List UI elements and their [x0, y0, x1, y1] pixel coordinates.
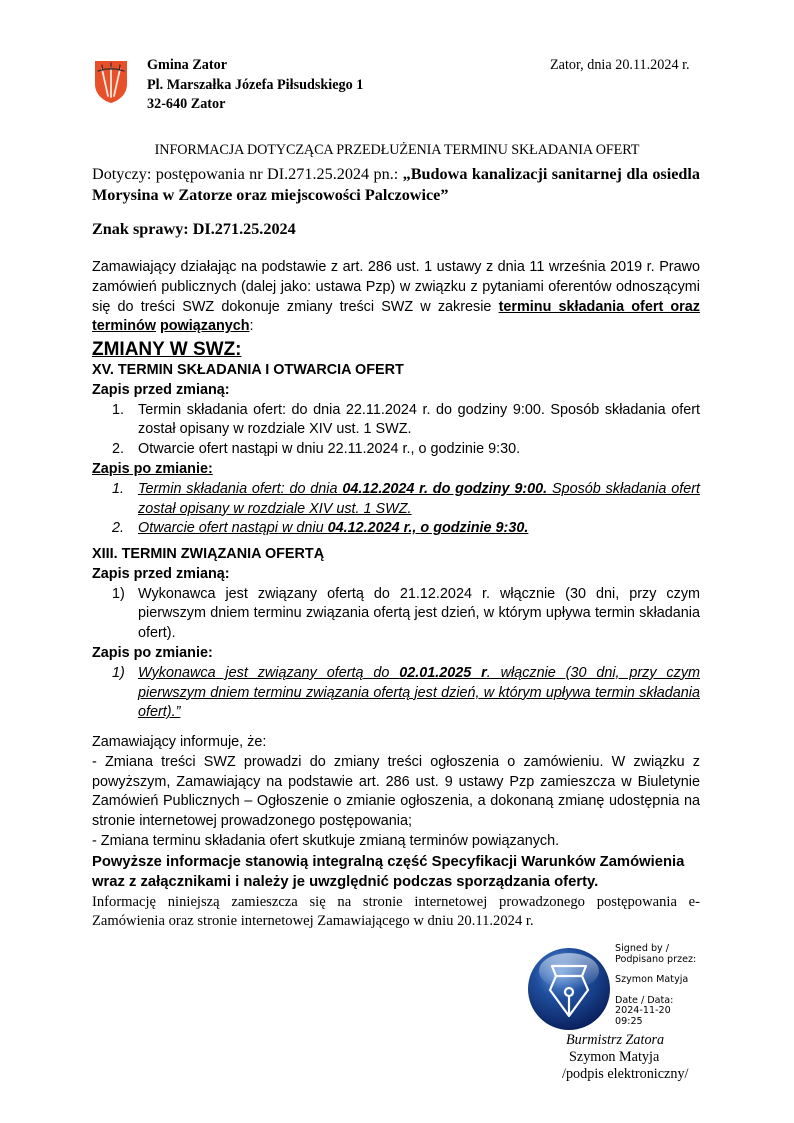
item-text: Otwarcie ofert nastąpi w dniu 22.11.2024…: [138, 441, 520, 457]
org-city: 32-640 Zator: [147, 95, 363, 115]
after-label: Zapis po zmianie:: [92, 644, 700, 664]
item-text: Wykonawca jest związany ofertą do 21.12.…: [138, 586, 700, 642]
org-name: Gmina Zator: [147, 56, 363, 76]
fountain-pen-nib-icon: [526, 946, 612, 1032]
list-item: 1)Wykonawca jest związany ofertą do 02.0…: [92, 664, 700, 723]
subject-prefix: Dotyczy: postępowania nr DI.271.25.2024 …: [92, 165, 403, 183]
after-list: 1)Wykonawca jest związany ofertą do 02.0…: [92, 664, 700, 723]
coat-of-arms-icon: [94, 60, 128, 104]
list-item: 1)Wykonawca jest związany ofertą do 21.1…: [92, 585, 700, 644]
item-new-date: 02.01.2025 r: [399, 665, 486, 681]
signed-by-label-pl: Podpisano przez:: [615, 955, 696, 966]
signer-name: Szymon Matyja: [615, 975, 696, 986]
org-street: Pl. Marszałka Józefa Piłsudskiego 1: [147, 76, 363, 96]
section-xv-heading: XV. TERMIN SKŁADANIA I OTWARCIA OFERT: [92, 361, 700, 381]
item-number: 1): [112, 664, 125, 684]
intro-emphasis-2: powiązanych: [160, 318, 250, 334]
item-number: 2.: [112, 440, 124, 460]
item-text: Termin składania ofert: do dnia 22.11.20…: [138, 402, 700, 438]
item-number: 1.: [112, 401, 124, 421]
item-text: Otwarcie ofert nastąpi w dniu: [138, 520, 328, 536]
informs-block: Zamawiający informuje, że: - Zmiana treś…: [92, 733, 700, 893]
item-number: 1): [112, 585, 125, 605]
sender-address: Gmina Zator Pl. Marszałka Józefa Piłsuds…: [147, 56, 363, 115]
intro-paragraph: Zamawiający działając na podstawie z art…: [92, 258, 700, 337]
informs-bold-note: Powyższe informacje stanowią integralną …: [92, 852, 700, 893]
signature-info: Signed by / Podpisano przez: Szymon Maty…: [615, 944, 696, 1028]
list-item: 1.Termin składania ofert: do dnia 22.11.…: [92, 401, 700, 441]
after-list: 1.Termin składania ofert: do dnia 04.12.…: [92, 480, 700, 539]
intro-end: :: [250, 318, 254, 334]
item-text: Termin składania ofert: do dnia: [138, 481, 342, 497]
section-xiii: XIII. TERMIN ZWIĄZANIA OFERTĄ Zapis prze…: [92, 545, 700, 723]
list-item: 2.Otwarcie ofert nastąpi w dniu 04.12.20…: [92, 519, 700, 539]
case-reference: Znak sprawy: DI.271.25.2024: [92, 220, 296, 239]
item-text: Wykonawca jest związany ofertą do: [138, 665, 399, 681]
item-new-date: 04.12.2024 r. do godziny 9:00.: [342, 481, 547, 497]
before-label: Zapis przed zmianą:: [92, 565, 700, 585]
before-list: 1)Wykonawca jest związany ofertą do 21.1…: [92, 585, 700, 644]
place-date: Zator, dnia 20.11.2024 r.: [550, 57, 690, 74]
list-item: 2.Otwarcie ofert nastąpi w dniu 22.11.20…: [92, 440, 700, 460]
electronic-signature-note: /podpis elektroniczny/: [562, 1066, 688, 1083]
signed-by-label: Signed by /: [615, 944, 696, 955]
informs-point-2: - Zmiana terminu składania ofert skutkuj…: [92, 832, 700, 852]
before-list: 1.Termin składania ofert: do dnia 22.11.…: [92, 401, 700, 460]
section-xiii-heading: XIII. TERMIN ZWIĄZANIA OFERTĄ: [92, 545, 700, 565]
signer-role: Burmistrz Zatora: [566, 1032, 664, 1049]
signer-full-name: Szymon Matyja: [569, 1049, 659, 1066]
after-label: Zapis po zmianie:: [92, 460, 700, 480]
section-xv: XV. TERMIN SKŁADANIA I OTWARCIA OFERT Za…: [92, 361, 700, 539]
informs-point-1: - Zmiana treści SWZ prowadzi do zmiany t…: [92, 753, 700, 832]
closing-paragraph: Informację niniejszą zamieszcza się na s…: [92, 893, 700, 931]
signature-time: 09:25: [615, 1017, 696, 1028]
item-new-date: 04.12.2024 r., o godzinie 9:30.: [328, 520, 529, 536]
subject-line: Dotyczy: postępowania nr DI.271.25.2024 …: [92, 164, 700, 205]
changes-heading: ZMIANY W SWZ:: [92, 339, 242, 361]
item-number: 1.: [112, 480, 124, 500]
item-number: 2.: [112, 519, 124, 539]
list-item: 1.Termin składania ofert: do dnia 04.12.…: [92, 480, 700, 520]
before-label: Zapis przed zmianą:: [92, 381, 700, 401]
document-title: INFORMACJA DOTYCZĄCA PRZEDŁUŻENIA TERMIN…: [0, 142, 794, 159]
informs-lead: Zamawiający informuje, że:: [92, 733, 700, 753]
